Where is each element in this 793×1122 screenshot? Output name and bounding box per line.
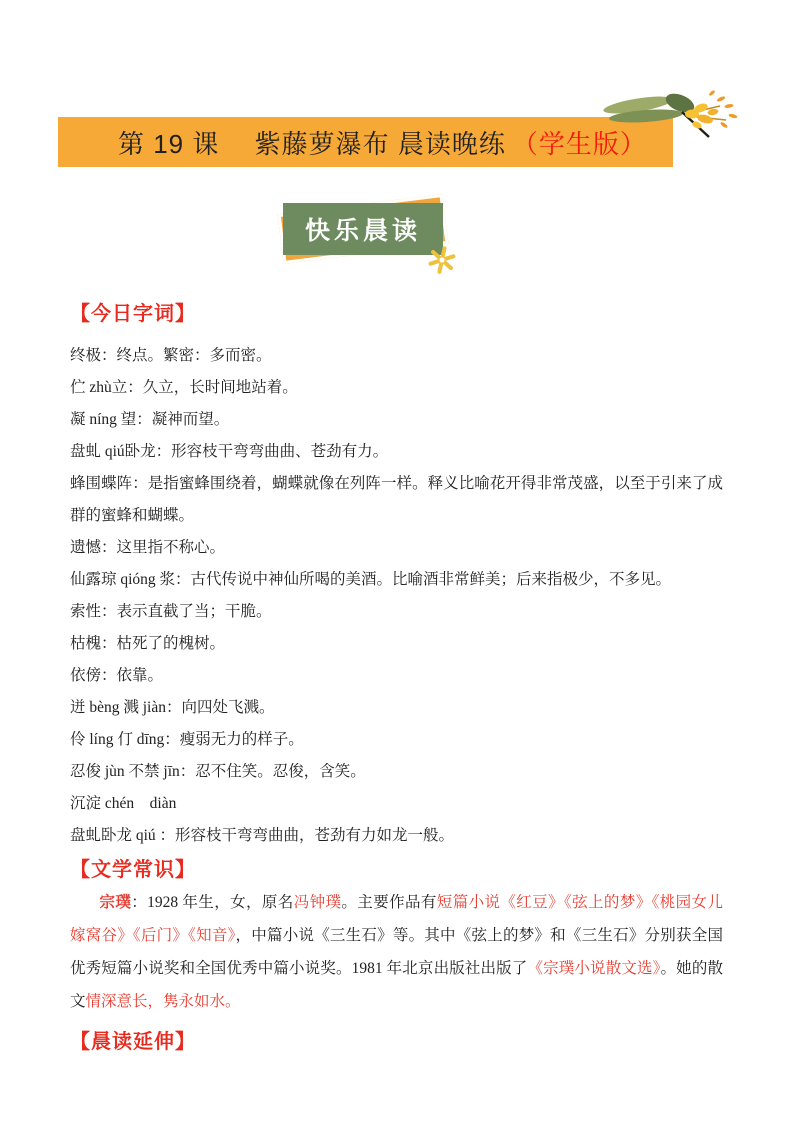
- vocab-entry: 伶 líng 仃 dīng：瘦弱无力的样子。: [70, 724, 723, 756]
- vocab-entry: 终极：终点。繁密：多而密。: [70, 340, 723, 372]
- lesson-title-banner: 第 19 课 紫藤萝瀑布 晨读晚练 （学生版）: [58, 117, 673, 167]
- badge-label: 快乐晨读: [305, 211, 421, 247]
- vocab-entry: 遗憾：这里指不称心。: [70, 532, 723, 564]
- vocab-entry: 沉淀 chén diàn: [70, 788, 723, 820]
- lesson-title: 第 19 课 紫藤萝瀑布 晨读晚练: [118, 124, 506, 161]
- highlighted-text: 情深意长，隽永如水。: [86, 993, 241, 1010]
- branch-decoration-icon: [600, 84, 745, 146]
- document-page: 第 19 课 紫藤萝瀑布 晨读晚练 （学生版） 快乐晨读 【今日字词】 终极：终…: [0, 0, 793, 1122]
- highlighted-text: 《宗璞小说散文选》: [527, 960, 660, 977]
- vocab-entry: 枯槐：枯死了的槐树。: [70, 628, 723, 660]
- literature-paragraph: 宗璞：1928 年生，女，原名冯钟璞。主要作品有短篇小说《红豆》《弦上的梦》《桃…: [70, 886, 723, 1018]
- highlighted-text: 宗璞: [99, 894, 131, 911]
- star-icon: [427, 245, 457, 275]
- vocab-entry: 伫 zhù立：久立，长时间地站着。: [70, 372, 723, 404]
- section-heading-literature: 【文学常识】: [70, 856, 723, 884]
- vocab-entry: 忍俊 jùn 不禁 jīn：忍不住笑。忍俊，含笑。: [70, 756, 723, 788]
- happy-reading-badge: 快乐晨读: [283, 203, 443, 255]
- document-body: 【今日字词】 终极：终点。繁密：多而密。伫 zhù立：久立，长时间地站着。凝 n…: [70, 300, 723, 1056]
- vocab-entry: 索性：表示直截了当；干脆。: [70, 596, 723, 628]
- section-heading-words: 【今日字词】: [70, 300, 723, 328]
- vocab-entry: 盘虬 qiú卧龙：形容枝干弯弯曲曲、苍劲有力。: [70, 436, 723, 468]
- vocab-entry: 迸 bèng 溅 jiàn：向四处飞溅。: [70, 692, 723, 724]
- badge-face: 快乐晨读: [283, 203, 443, 255]
- body-text: ：1928 年生，女，原名: [131, 894, 293, 911]
- vocab-entry: 凝 níng 望：凝神而望。: [70, 404, 723, 436]
- section-heading-extension: 【晨读延伸】: [70, 1028, 723, 1056]
- body-text: 。主要作品有: [341, 894, 436, 911]
- highlighted-text: 冯钟璞: [294, 894, 342, 911]
- vocab-entry: 仙露琼 qióng 浆：古代传说中神仙所喝的美酒。比喻酒非常鲜美；后来指极少，不…: [70, 564, 723, 596]
- vocab-entry: 蜂围蝶阵：是指蜜蜂围绕着，蝴蝶就像在列阵一样。释义比喻花开得非常茂盛，以至于引来…: [70, 468, 723, 532]
- vocab-entry: 依傍：依靠。: [70, 660, 723, 692]
- vocab-entry: 盘虬卧龙 qiú ：形容枝干弯弯曲曲，苍劲有力如龙一般。: [70, 820, 723, 852]
- vocab-list: 终极：终点。繁密：多而密。伫 zhù立：久立，长时间地站着。凝 níng 望：凝…: [70, 340, 723, 852]
